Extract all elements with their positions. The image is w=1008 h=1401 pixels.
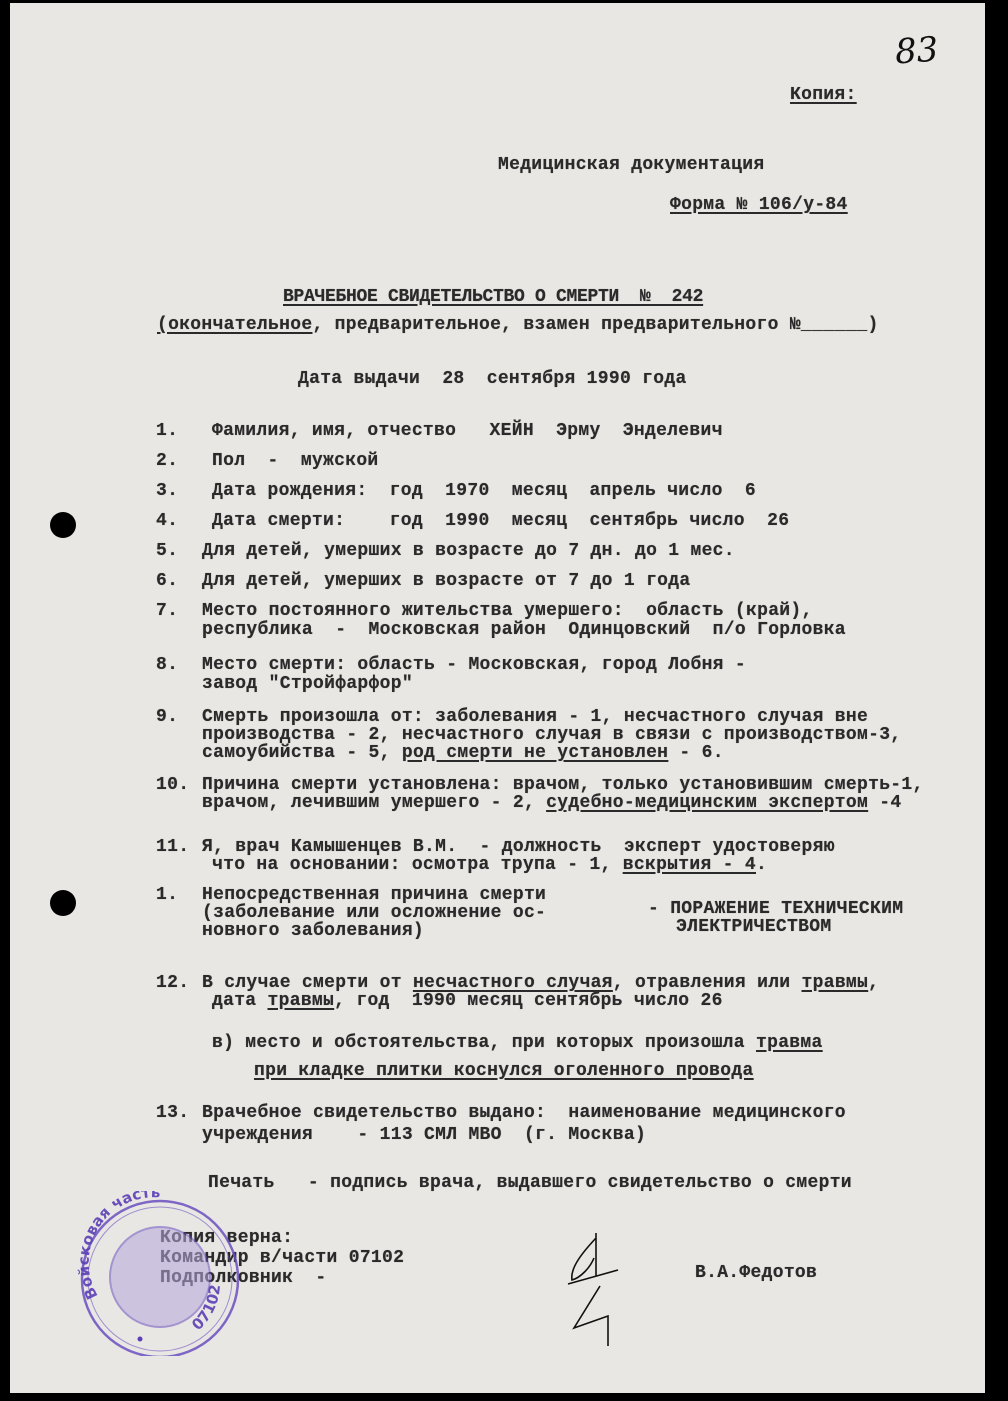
item-num: 11. — [156, 837, 189, 857]
item-num: 5. — [156, 541, 178, 561]
text: , — [868, 973, 879, 993]
selected-option: травмы — [802, 973, 869, 993]
item-sex: Пол - мужской — [212, 451, 379, 471]
item-num: 9. — [156, 707, 178, 727]
text: в) место и обстоятельства, при которых п… — [212, 1033, 756, 1053]
item-num: 4. — [156, 511, 178, 531]
item-circumstances-label: в) место и обстоятельства, при которых п… — [212, 1033, 823, 1053]
certificate-title: ВРАЧЕБНОЕ СВИДЕТЕЛЬСТВО О СМЕРТИ № 242 — [283, 287, 703, 307]
item-doctor-line2: что на основании: осмотра трупа - 1, вск… — [212, 855, 767, 875]
page-number: 83 — [894, 30, 940, 73]
text: самоубийства - 5, — [202, 743, 402, 763]
doc-type: Медицинская документация — [498, 155, 764, 175]
final-option: (окончательное — [157, 315, 312, 335]
selected-option: травма — [756, 1033, 823, 1053]
item-num: 8. — [156, 655, 178, 675]
text: . — [756, 855, 767, 875]
immediate-cause-label-3: новного заболевания) — [202, 921, 424, 941]
selected-option: судебно-медицинским экспертом — [546, 793, 868, 813]
item-num: 7. — [156, 601, 178, 621]
item-doctor-line1: Я, врач Камышенцев В.М. - должность эксп… — [202, 837, 835, 857]
item-issued-by-line1: Врачебное свидетельство выдано: наименов… — [202, 1103, 846, 1123]
item-residence-line2: республика - Московская район Одинцовски… — [202, 620, 846, 640]
item-num: 1. — [156, 885, 178, 905]
seal-signature-line: Печать - подпись врача, выдавшего свидет… — [208, 1173, 852, 1193]
item-num: 3. — [156, 481, 178, 501]
selected-option: несчастного случая — [413, 973, 613, 993]
item-num: 6. — [156, 571, 178, 591]
copy-label: Копия: — [790, 85, 857, 105]
item-accident-line1: В случае смерти от несчастного случая, о… — [202, 973, 879, 993]
signature — [560, 1228, 630, 1348]
signatory-name: В.А.Федотов — [695, 1263, 817, 1283]
selected-option: травмы — [268, 991, 335, 1011]
item-infant-2: Для детей, умерших в возрасте от 7 до 1 … — [202, 571, 690, 591]
item-num: 2. — [156, 451, 178, 471]
text: врачом, лечившим умершего - 2, — [202, 793, 546, 813]
military-unit-stamp: Войсковая часть 07102 — [70, 1191, 250, 1356]
item-circumstances-value: при кладке плитки коснулся оголенного пр… — [254, 1061, 754, 1081]
immediate-cause-answer-2: ЭЛЕКТРИЧЕСТВОМ — [676, 917, 831, 937]
item-issued-by-line2: учреждения - 113 СМЛ МВО (г. Москва) — [202, 1125, 646, 1145]
item-infant-1: Для детей, умерших в возрасте до 7 дн. д… — [202, 541, 735, 561]
item-cause-established-line1: Причина смерти установлена: врачом, толь… — [202, 775, 924, 795]
item-death-cause-line1: Смерть произошла от: заболевания - 1, не… — [202, 707, 868, 727]
text: - 6. — [668, 743, 724, 763]
item-death-cause-line2: производства - 2, несчастного случая в с… — [202, 725, 901, 745]
item-death-date: Дата смерти: год 1990 месяц сентябрь чис… — [212, 511, 789, 531]
item-full-name: Фамилия, имя, отчество ХЕЙН Эрму Энделев… — [212, 421, 723, 441]
item-residence-line1: Место постоянного жительства умершего: о… — [202, 601, 813, 621]
item-num: 10. — [156, 775, 189, 795]
item-num: 12. — [156, 973, 189, 993]
item-num: 1. — [156, 421, 178, 441]
text: , отравления или — [613, 973, 802, 993]
punch-hole — [50, 512, 76, 538]
text: -4 — [868, 793, 901, 813]
document-page: 83 Копия: Медицинская документация Форма… — [10, 3, 985, 1393]
selected-option: вскрытия - 4 — [623, 855, 756, 875]
item-accident-line2: дата травмы, год 1990 месяц сентябрь чис… — [212, 991, 723, 1011]
item-death-place-line2: завод "Стройфарфор" — [202, 674, 413, 694]
item-death-place-line1: Место смерти: область - Московская, горо… — [202, 655, 746, 675]
text: В случае смерти от — [202, 973, 413, 993]
text: дата — [212, 991, 268, 1011]
immediate-cause-label-2: (заболевание или осложнение ос- — [202, 903, 546, 923]
item-cause-established-line2: врачом, лечившим умершего - 2, судебно-м… — [202, 793, 901, 813]
item-birth-date: Дата рождения: год 1970 месяц апрель чис… — [212, 481, 756, 501]
immediate-cause-answer-1: - ПОРАЖЕНИЕ ТЕХНИЧЕСКИМ — [648, 899, 903, 919]
item-num: 13. — [156, 1103, 189, 1123]
text: , год 1990 месяц сентябрь число 26 — [334, 991, 723, 1011]
form-number: Форма № 106/у-84 — [670, 195, 848, 215]
text: что на основании: осмотра трупа - 1, — [212, 855, 623, 875]
certificate-subtitle: (окончательное, предварительное, взамен … — [157, 315, 879, 335]
selected-option: род смерти не установлен — [402, 743, 668, 763]
punch-hole — [50, 890, 76, 916]
item-death-cause-line3: самоубийства - 5, род смерти не установл… — [202, 743, 724, 763]
immediate-cause-label-1: Непосредственная причина смерти — [202, 885, 546, 905]
issue-date: Дата выдачи 28 сентября 1990 года — [298, 369, 687, 389]
subtitle-rest: , предварительное, взамен предварительно… — [312, 315, 878, 335]
